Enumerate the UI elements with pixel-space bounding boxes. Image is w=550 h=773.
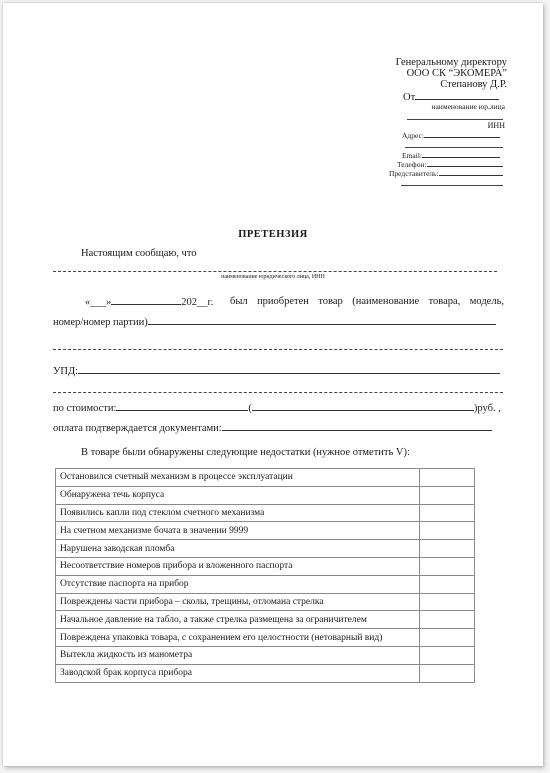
representative-field[interactable] xyxy=(439,169,503,176)
cost-number-field[interactable] xyxy=(116,402,248,411)
document-title: ПРЕТЕНЗИЯ xyxy=(3,229,543,240)
payment-label: оплата подтверждается документами: xyxy=(53,423,222,434)
document-page: Генеральному директору ООО СК “ЭКОМЕРА” … xyxy=(3,3,543,766)
defect-description: На счетном механизме бочата в значении 9… xyxy=(56,522,420,540)
defect-description: Заводской брак корпуса прибора xyxy=(56,664,420,682)
address-field[interactable] xyxy=(424,131,500,138)
defect-check-cell[interactable] xyxy=(420,486,475,504)
defect-check-cell[interactable] xyxy=(420,646,475,664)
from-label: От xyxy=(403,92,415,103)
defect-description: Нарушена заводская пломба xyxy=(56,540,420,558)
date-day[interactable]: «___» xyxy=(85,297,111,308)
cost-suffix: )руб. , xyxy=(474,403,501,414)
entity-name-line[interactable] xyxy=(407,119,503,120)
representative-row: Представитель: xyxy=(389,169,503,178)
upd-field-line2[interactable] xyxy=(53,392,503,393)
defect-row: Отсутствие паспорта на прибор xyxy=(56,575,475,593)
defect-row: Нарушена заводская пломба xyxy=(56,540,475,558)
representative-line2[interactable] xyxy=(401,185,503,186)
address-label: Адрес: xyxy=(402,131,424,140)
purchase-row: «___»202__г. xyxy=(85,296,213,308)
cost-row: по стоимости:()руб. , xyxy=(53,402,501,414)
defect-check-cell[interactable] xyxy=(420,557,475,575)
defect-row: Несоответствие номеров прибора и вложенн… xyxy=(56,557,475,575)
upd-field[interactable] xyxy=(78,365,500,374)
email-row: Email: xyxy=(402,151,500,160)
payment-row: оплата подтверждается документами: xyxy=(53,422,492,434)
defect-row: На счетном механизме бочата в значении 9… xyxy=(56,522,475,540)
defect-description: Вытекла жидкость из манометра xyxy=(56,646,420,664)
cost-label: по стоимости: xyxy=(53,403,116,414)
upd-label: УПД: xyxy=(53,366,78,377)
product-field-line2[interactable] xyxy=(53,349,503,350)
from-hint: наименование юр.лица xyxy=(431,102,505,111)
defect-description: Появились капли под стеклом счетного мех… xyxy=(56,504,420,522)
email-field[interactable] xyxy=(422,151,500,158)
from-field[interactable] xyxy=(415,91,499,100)
defect-row: Повреждены части прибора – сколы, трещин… xyxy=(56,593,475,611)
upd-row: УПД: xyxy=(53,365,500,377)
defect-description: Повреждены части прибора – сколы, трещин… xyxy=(56,593,420,611)
addressee-line3: Степанову Д.Р. xyxy=(440,79,507,90)
addressee-line2: ООО СК “ЭКОМЕРА” xyxy=(407,68,507,79)
defects-intro: В товаре были обнаружены следующие недос… xyxy=(81,447,410,458)
defect-row: Вытекла жидкость из манометра xyxy=(56,646,475,664)
defect-row: Повреждена упаковка товара, с сохранение… xyxy=(56,629,475,647)
addressee-line1: Генеральному директору xyxy=(396,57,507,68)
product-label: номер/номер партии) xyxy=(53,317,148,328)
phone-field[interactable] xyxy=(427,160,503,167)
defect-check-cell[interactable] xyxy=(420,540,475,558)
defect-check-cell[interactable] xyxy=(420,504,475,522)
defect-check-cell[interactable] xyxy=(420,611,475,629)
defect-description: Несоответствие номеров прибора и вложенн… xyxy=(56,557,420,575)
representative-label: Представитель: xyxy=(389,169,439,178)
defect-row: Обнаружена течь корпуса xyxy=(56,486,475,504)
address-line2[interactable] xyxy=(405,147,503,148)
inn-label: ИНН xyxy=(488,121,505,130)
date-year[interactable]: 202__г. xyxy=(181,297,213,308)
defect-check-cell[interactable] xyxy=(420,575,475,593)
entity-field[interactable] xyxy=(53,271,497,272)
address-row: Адрес: xyxy=(402,131,500,140)
product-row: номер/номер партии) xyxy=(53,316,496,328)
defect-row: Остановился счетный механизм в процессе … xyxy=(56,469,475,487)
defect-description: Отсутствие паспорта на прибор xyxy=(56,575,420,593)
product-field[interactable] xyxy=(148,316,496,325)
intro-text: Настоящим сообщаю, что xyxy=(81,248,197,259)
defect-check-cell[interactable] xyxy=(420,664,475,682)
phone-row: Телефон: xyxy=(397,160,503,169)
defect-row: Начальное давление на табло, а также стр… xyxy=(56,611,475,629)
cost-words-field[interactable] xyxy=(252,402,474,411)
defect-check-cell[interactable] xyxy=(420,629,475,647)
defect-description: Обнаружена течь корпуса xyxy=(56,486,420,504)
date-month-field[interactable] xyxy=(111,296,181,305)
entity-hint: наименование юридического лица, ИНН xyxy=(3,274,543,280)
email-label: Email: xyxy=(402,151,422,160)
phone-label: Телефон: xyxy=(397,160,427,169)
defect-description: Начальное давление на табло, а также стр… xyxy=(56,611,420,629)
defects-table: Остановился счетный механизм в процессе … xyxy=(55,468,475,683)
defect-row: Появились капли под стеклом счетного мех… xyxy=(56,504,475,522)
defect-check-cell[interactable] xyxy=(420,593,475,611)
defect-description: Остановился счетный механизм в процессе … xyxy=(56,469,420,487)
defect-check-cell[interactable] xyxy=(420,522,475,540)
payment-field[interactable] xyxy=(222,422,492,431)
purchase-text: был приобретен товар (наименование товар… xyxy=(230,296,504,307)
defect-description: Повреждена упаковка товара, с сохранение… xyxy=(56,629,420,647)
defect-row: Заводской брак корпуса прибора xyxy=(56,664,475,682)
defect-check-cell[interactable] xyxy=(420,469,475,487)
